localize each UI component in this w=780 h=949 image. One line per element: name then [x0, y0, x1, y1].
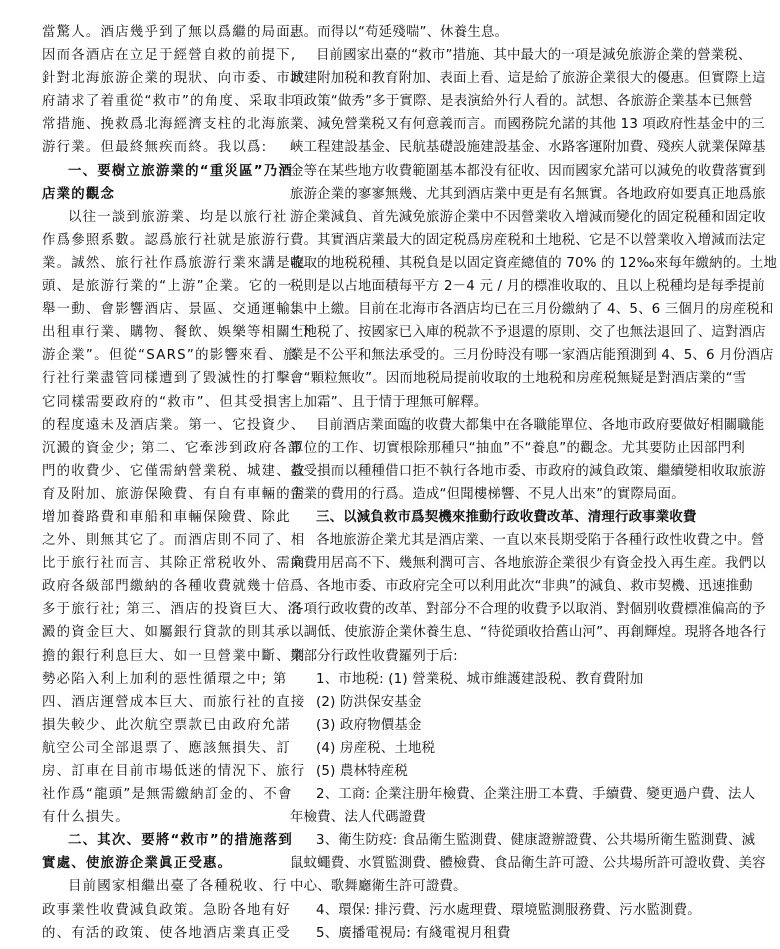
- right-text-column: 惠。而得以“苟延殘喘”、休養生息。目前國家出臺的“救市”措施、其中最大的一項是減…: [290, 21, 745, 945]
- text-line: 業部分行政性收費羅列于后:: [290, 645, 745, 668]
- text-line: 府請求了着重從“救市”的角度、采取非: [42, 90, 268, 113]
- text-line: 集中上繳。目前在北海市各酒店均已在三月份繳納了 4、5、6 三個月的房産税和: [290, 298, 745, 321]
- text-line: 2、工商: 企業注册年檢費、企業注册工本費、手續費、變更過户費、法人: [290, 783, 745, 806]
- text-line: 常措施、挽救爲北海經濟支柱的北海旅: [42, 113, 268, 136]
- text-line: 旅游企業的寥寥無幾、尤其到酒店業中更是有名無實。各地政府如要真正地爲旅: [290, 183, 745, 206]
- text-line: 目前酒店業面臨的收費大都集中在各職能單位、各地市政府要做好相關職能: [290, 414, 745, 437]
- text-line: 社作爲“龍頭”是無需繳納訂金的、不會: [42, 783, 268, 806]
- text-line: 各地旅游企業尤其是酒店業、一直以來長期受陷于各種行政性收費之中。營: [290, 529, 745, 552]
- text-line: 房、訂車在目前市場低迷的情況下、旅行: [42, 760, 268, 783]
- text-line: 三、以減負救市爲契機來推動行政收費改革、清理行政事業收費: [290, 506, 745, 529]
- text-line: 比于旅行社而言、其除正常税收外、需向: [42, 552, 268, 575]
- text-line: 爲、各地市委、市政府完全可以利用此次“非典”的減負、救市契機、迅速推動: [290, 575, 745, 598]
- text-line: 勢必陷入利上加利的惡性循環之中; 第: [42, 668, 268, 691]
- text-line: 的、有活的政策、使各地酒店業真正受: [42, 922, 268, 945]
- text-line: 鼠蚊蠅費、水質監測費、體檢費、食品衛生許可證、公共場所許可證收費、美容: [290, 852, 745, 875]
- text-line: 收取的地税税種、其税負是以固定資産總值的 70% 的 12‰來每年繳納的。土地: [290, 252, 745, 275]
- text-line: 各項行政收費的改革、對部分不合理的收費予以取消、對個别收費標准偏高的予: [290, 598, 745, 621]
- text-line: 業是不公平和無法承受的。三月份時没有哪一家酒店能預測到 4、5、6 月份酒店: [290, 344, 745, 367]
- text-line: 游行業。但最終無疾而終。我以爲:: [42, 136, 268, 159]
- text-line: 的程度遠未及酒店業。第一、它投資少、: [42, 414, 268, 437]
- text-line: 門的收費少、它僅需納營業税、城建、教: [42, 460, 268, 483]
- text-line: (3) 政府物價基金: [290, 714, 745, 737]
- text-line: 城建附加税和教育附加、表面上看、這是給了旅游企業很大的優惠。但實際上這: [290, 67, 745, 90]
- text-line: 之外、則無其它了。而酒店則不同了、相: [42, 529, 268, 552]
- text-line: 游企業減負、首先減免旅游企業中不因營業收入增減而變化的固定税種和固定收: [290, 206, 745, 229]
- text-line: 當驚人。酒店幾乎到了無以爲繼的局面。: [42, 21, 268, 44]
- text-line: 政府各級部門繳納的各種收費就幾十倍: [42, 575, 268, 598]
- text-line: 多于旅行社; 第三、酒店的投資巨大、沉: [42, 598, 268, 621]
- text-line: 四、酒店運營成本巨大、而旅行社的直接: [42, 691, 268, 714]
- text-line: 土地税了、按國家已入庫的税款不予退還的原則、交了也無法退回了、這對酒店: [290, 321, 745, 344]
- text-line: 游企業”。但從“SARS”的影響來看、旅: [42, 344, 268, 367]
- text-line: 中心、歌舞廳衛生許可證費。: [290, 875, 745, 898]
- text-line: 5、廣播電視局: 有綫電視月租費: [290, 922, 745, 945]
- text-line: 針對北海旅游企業的現狀、向市委、市政: [42, 67, 268, 90]
- text-line: 舉一動、會影響酒店、景區、交通運輸、: [42, 298, 268, 321]
- text-line: 澱的資金巨大、如屬銀行貸款的則其承: [42, 621, 268, 644]
- text-line: 以往一談到旅游業、均是以旅行社: [42, 206, 268, 229]
- text-line: 單位的工作、切實根除那種只“抽血”不“養息”的觀念。尤其要防止因部門利: [290, 437, 745, 460]
- text-line: 4、環保: 排污費、污水處理費、環境監測服務費、污水監測費。: [290, 899, 745, 922]
- left-text-column: 當驚人。酒店幾乎到了無以爲繼的局面。因而各酒店在立足于經營自救的前提下,針對北海…: [42, 21, 268, 945]
- text-line: 上加霜”、且于情于理無可解釋。: [290, 391, 745, 414]
- text-line: 行社行業盡管同樣遭到了毀滅性的打擊、: [42, 367, 268, 390]
- text-line: 店業的觀念: [42, 183, 268, 206]
- text-line: 出租車行業、購物、餐飲、娛樂等相關“下: [42, 321, 268, 344]
- text-line: 企業的費用的行爲。造成“但聞樓梯響、不見人出來”的實際局面。: [290, 483, 745, 506]
- text-line: 一、要樹立旅游業的“重災區”乃酒: [42, 160, 268, 183]
- text-line: 惠。而得以“苟延殘喘”、休養生息。: [290, 21, 745, 44]
- text-line: 目前國家出臺的“救市”措施、其中最大的一項是減免旅游企業的營業税、: [290, 44, 745, 67]
- text-line: 業。誠然、旅行社作爲旅游行業來講是龍: [42, 252, 268, 275]
- text-line: 益受損而以種種借口拒不執行各地市委、市政府的減負政策、繼續變相收取旅游: [290, 460, 745, 483]
- text-line: 1、市地税: (1) 營業税、城市維護建設税、教育費附加: [290, 668, 745, 691]
- text-line: 頭、是旅游行業的“上游”企業。它的一: [42, 275, 268, 298]
- text-line: 作爲參照系數。認爲旅行社就是旅游行: [42, 229, 268, 252]
- text-line: (5) 農林特産税: [290, 760, 745, 783]
- text-line: 損失較少、此次航空票款已由政府允諾: [42, 714, 268, 737]
- text-line: 項政策“做秀”多于實際、是表演給外行人看的。試想、各旅游企業基本已無營: [290, 90, 745, 113]
- text-line: 因而各酒店在立足于經營自救的前提下,: [42, 44, 268, 67]
- text-line: 3、衛生防疫: 食品衛生監測費、健康證辦證費、公共場所衛生監測費、滅: [290, 829, 745, 852]
- text-line: 業、減免營業税又有何意義而言。而國務院允諾的其他 13 項政府性基金中的三: [290, 113, 745, 136]
- text-line: 以調低、使旅游企業休養生息、“待從頭收拾舊山河”、再創輝煌。現將各地各行: [290, 621, 745, 644]
- text-line: 年檢費、法人代碼證費: [290, 806, 745, 829]
- text-line: 二、其次、要將“救市”的措施落到: [42, 829, 268, 852]
- text-line: 沉澱的資金少; 第二、它牽涉到政府各部: [42, 437, 268, 460]
- text-line: 目前國家相繼出臺了各種税收、行: [42, 875, 268, 898]
- text-line: 實處、使旅游企業眞正受惠。: [42, 852, 268, 875]
- text-line: 金等在某些地方收費範圍基本都没有征收、因而國家允諾可以減免的收費落實到: [290, 160, 745, 183]
- text-line: 税則是以占地面積每平方 2－4 元 / 月的標准收取的、且以上税種均是每季提前: [290, 275, 745, 298]
- text-line: 增加養路費和車船和車輛保險費、除此: [42, 506, 268, 529]
- text-line: 費。其實酒店業最大的固定税爲房産税和土地税、它是不以營業收入增減而法定: [290, 229, 745, 252]
- text-line: (2) 防洪保安基金: [290, 691, 745, 714]
- text-line: (4) 房産税、土地税: [290, 737, 745, 760]
- text-line: 航空公司全部退票了、應該無損失、訂: [42, 737, 268, 760]
- text-line: 政事業性收費減負政策。急盼各地有好: [42, 899, 268, 922]
- text-line: 育及附加、旅游保險費、有自有車輛的需: [42, 483, 268, 506]
- text-line: 會“顆粒無收”。因而地税局提前收取的土地税和房産税無疑是對酒店業的“雪: [290, 367, 745, 390]
- text-line: 有什么損失。: [42, 806, 268, 829]
- text-line: 擔的銀行利息巨大、如一旦營業中斷、則: [42, 645, 268, 668]
- text-line: 它同樣需要政府的“救市”、但其受損害: [42, 391, 268, 414]
- text-line: 峽工程建設基金、民航基礎設施建設基金、水路客運附加費、殘疾人就業保障基: [290, 136, 745, 159]
- text-line: 業費用居高不下、幾無利潤可言、各地旅游企業很少有資金投入再生産。我們以: [290, 552, 745, 575]
